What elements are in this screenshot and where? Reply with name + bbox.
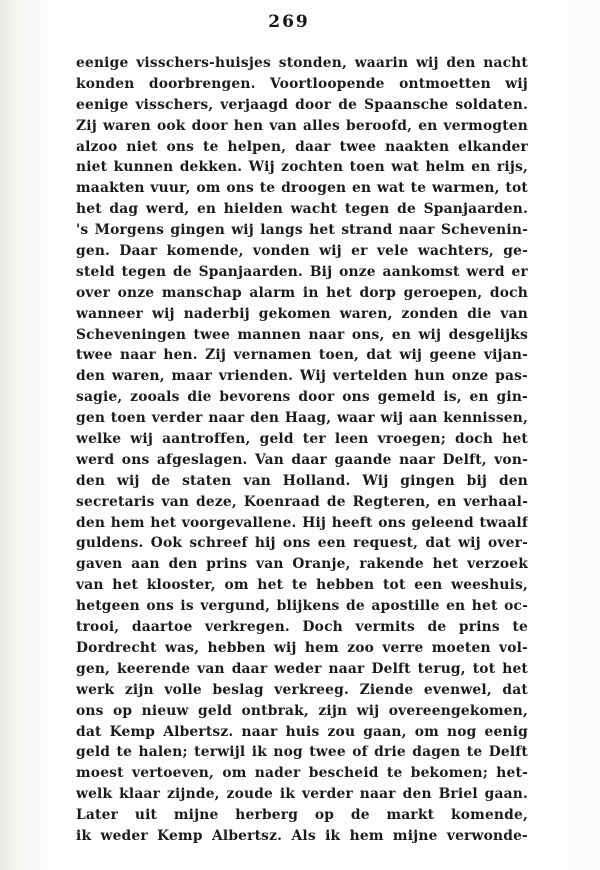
text-line: gen. Daar komende, vonden wij er vele wa… <box>76 241 528 262</box>
text-line: Scheveningen twee mannen naar ons, en wi… <box>76 325 528 346</box>
text-line: Later uit mijne herberg op de markt kome… <box>76 805 528 826</box>
text-line: Zij waren ook door hen van alles beroofd… <box>76 116 528 137</box>
text-line: het dag werd, en hielden wacht tegen de … <box>76 199 528 220</box>
text-line: sagie, zooals die bevorens door ons geme… <box>76 387 528 408</box>
text-line: eenige visschers-huisjes stonden, waarin… <box>76 53 528 74</box>
text-line: konden doorbrengen. Voortloopende ontmoe… <box>76 74 528 95</box>
text-line: trooi, daartoe verkregen. Doch vermits d… <box>76 617 528 638</box>
text-line: wanneer wij naderbij gekomen waren, zond… <box>76 304 528 325</box>
text-line: den hem het voorgevallene. Hij heeft ons… <box>76 513 528 534</box>
text-line: welke wij aantroffen, geld ter leen vroe… <box>76 429 528 450</box>
text-line: werd ons afgeslagen. Van daar gaande naa… <box>76 450 528 471</box>
text-line: hetgeen ons is vergund, blijkens de apos… <box>76 596 528 617</box>
text-line: ons op nieuw geld ontbrak, zijn wij over… <box>76 701 528 722</box>
text-line: twee naar hen. Zij vernamen toen, dat wi… <box>76 345 528 366</box>
text-line: maakten vuur, om ons te droogen en wat t… <box>76 178 528 199</box>
text-line: ik weder Kemp Albertsz. Als ik hem mijne… <box>76 826 528 847</box>
book-page: 269 eenige visschers-huisjes stonden, wa… <box>0 0 600 870</box>
text-line: werk zijn volle beslag verkreeg. Ziende … <box>76 680 528 701</box>
text-line: secretaris van deze, Koenraad de Regtere… <box>76 492 528 513</box>
text-line: dat Kemp Albertsz. naar huis zou gaan, o… <box>76 722 528 743</box>
text-line: Dordrecht was, hebben wij hem zoo verre … <box>76 638 528 659</box>
text-line: welk klaar zijnde, zoude ik verder naar … <box>76 784 528 805</box>
text-line: over onze manschap alarm in het dorp ger… <box>76 283 528 304</box>
page-text: eenige visschers-huisjes stonden, waarin… <box>76 53 528 847</box>
text-line: gen toen verder naar den Haag, waar wij … <box>76 408 528 429</box>
text-line: alzoo niet ons te helpen, daar twee naak… <box>76 137 528 158</box>
text-line: niet kunnen dekken. Wij zochten toen wat… <box>76 157 528 178</box>
text-line: den wij de staten van Holland. Wij ginge… <box>76 471 528 492</box>
text-line: 's Morgens gingen wij langs het strand n… <box>76 220 528 241</box>
page-number: 269 <box>0 12 578 32</box>
text-line: den waren, maar vrienden. Wij vertelden … <box>76 366 528 387</box>
text-line: gen, keerende van daar weder naar Delft … <box>76 659 528 680</box>
text-line: steld tegen de Spanjaarden. Bij onze aan… <box>76 262 528 283</box>
text-line: eenige visschers, verjaagd door de Spaan… <box>76 95 528 116</box>
text-line: geld te halen; terwijl ik nog twee of dr… <box>76 742 528 763</box>
text-line: moest vertoeven, om nader bescheid te be… <box>76 763 528 784</box>
text-line: gaven aan den prins van Oranje, rakende … <box>76 554 528 575</box>
text-line: guldens. Ook schreef hij ons een request… <box>76 533 528 554</box>
text-line: van het klooster, om het te hebben tot e… <box>76 575 528 596</box>
